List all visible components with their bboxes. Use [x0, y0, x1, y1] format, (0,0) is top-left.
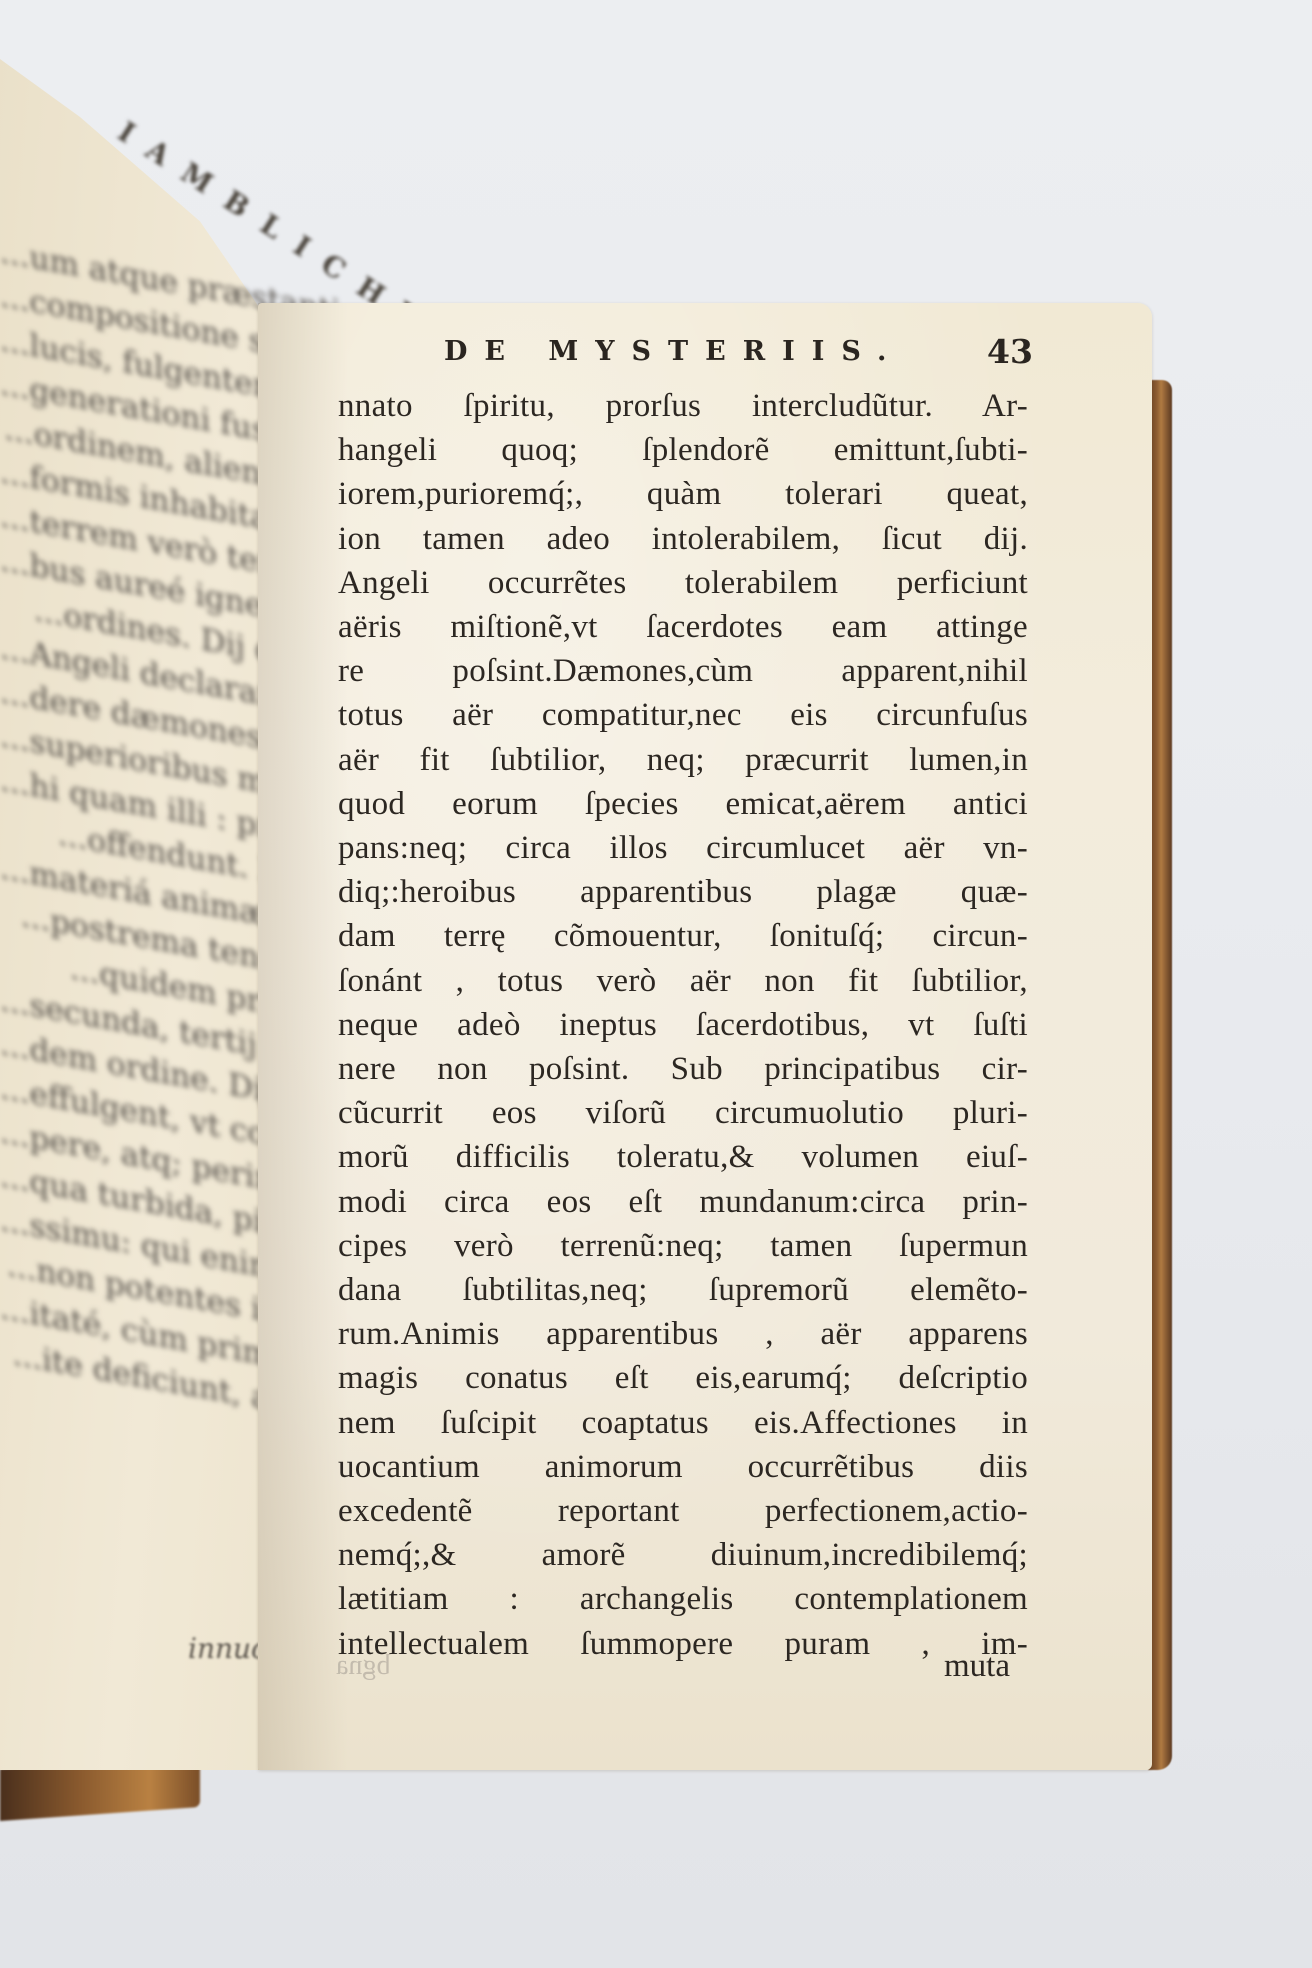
text-line: intellectualem ſummopere puram , im-	[338, 1622, 1028, 1666]
text-line: ion tamen adeo intolerabilem, ſicut dij.	[338, 517, 1028, 561]
left-catchword: innuo	[188, 1632, 268, 1665]
text-line: dam terrę cõmouentur, ſonituſq́; circun-	[338, 914, 1028, 958]
text-line: re poſsint.Dæmones,cùm apparent,nihil	[338, 649, 1028, 693]
text-line: excedentẽ reportant perfectionem,actio-	[338, 1489, 1028, 1533]
text-line: rum.Animis apparentibus , aër apparens	[338, 1312, 1028, 1356]
text-line: modi circa eos eſt mundanum:circa prin-	[338, 1180, 1028, 1224]
text-line: uocantium animorum occurrẽtibus diis	[338, 1445, 1028, 1489]
text-line: aër fit ſubtilior, neq; præcurrit lumen,…	[338, 738, 1028, 782]
text-line: Angeli occurrẽtes tolerabilem perficiunt	[338, 561, 1028, 605]
text-line: totus aër compatitur,nec eis circunfuſus	[338, 693, 1028, 737]
text-line: magis conatus eſt eis,earumq́; deſcripti…	[338, 1356, 1028, 1400]
text-line: morũ difficilis toleratu,& volumen eiuſ-	[338, 1135, 1028, 1179]
body-text: nnato ſpiritu, prorſus intercludũtur. Ar…	[338, 384, 1028, 1666]
text-line: diq;:heroibus apparentibus plagæ quæ-	[338, 870, 1028, 914]
running-head: DE MYSTERIIS.	[444, 336, 903, 367]
text-line: ſonánt , totus verò aër non fit ſubtilio…	[338, 959, 1028, 1003]
page-number: 43	[987, 332, 1033, 371]
text-line: cipes verò terrenũ:neq; tamen ſupermun	[338, 1224, 1028, 1268]
text-line: nere non poſsint. Sub principatibus cir-	[338, 1047, 1028, 1091]
text-line: nem ſuſcipit coaptatus eis.Affectiones i…	[338, 1401, 1028, 1445]
text-line: aëris miſtionẽ,vt ſacerdotes eam attinge	[338, 605, 1028, 649]
text-line: lætitiam : archangelis contemplationem	[338, 1577, 1028, 1621]
text-line: cũcurrit eos viſorũ circumuolutio pluri-	[338, 1091, 1028, 1135]
text-line: pans:neq; circa illos circumlucet aër vn…	[338, 826, 1028, 870]
text-line: iorem,purioremq́;, quàm tolerari queat,	[338, 472, 1028, 516]
catchword: muta	[944, 1648, 1010, 1685]
text-line: neque adeò ineptus ſacerdotibus, vt ſuſt…	[338, 1003, 1028, 1047]
text-line: quod eorum ſpecies emicat,aërem antici	[338, 782, 1028, 826]
text-line: dana ſubtilitas,neq; ſupremorũ elemẽto-	[338, 1268, 1028, 1312]
text-line: hangeli quoq; ſplendorẽ emittunt,ſubti-	[338, 428, 1028, 472]
gutter-shadow	[258, 303, 348, 1770]
text-line: nnato ſpiritu, prorſus intercludũtur. Ar…	[338, 384, 1028, 428]
text-line: nemq́;,& amorẽ diuinum,incredibilemq́;	[338, 1533, 1028, 1577]
show-through-signature-mark: bgna	[336, 1650, 390, 1682]
